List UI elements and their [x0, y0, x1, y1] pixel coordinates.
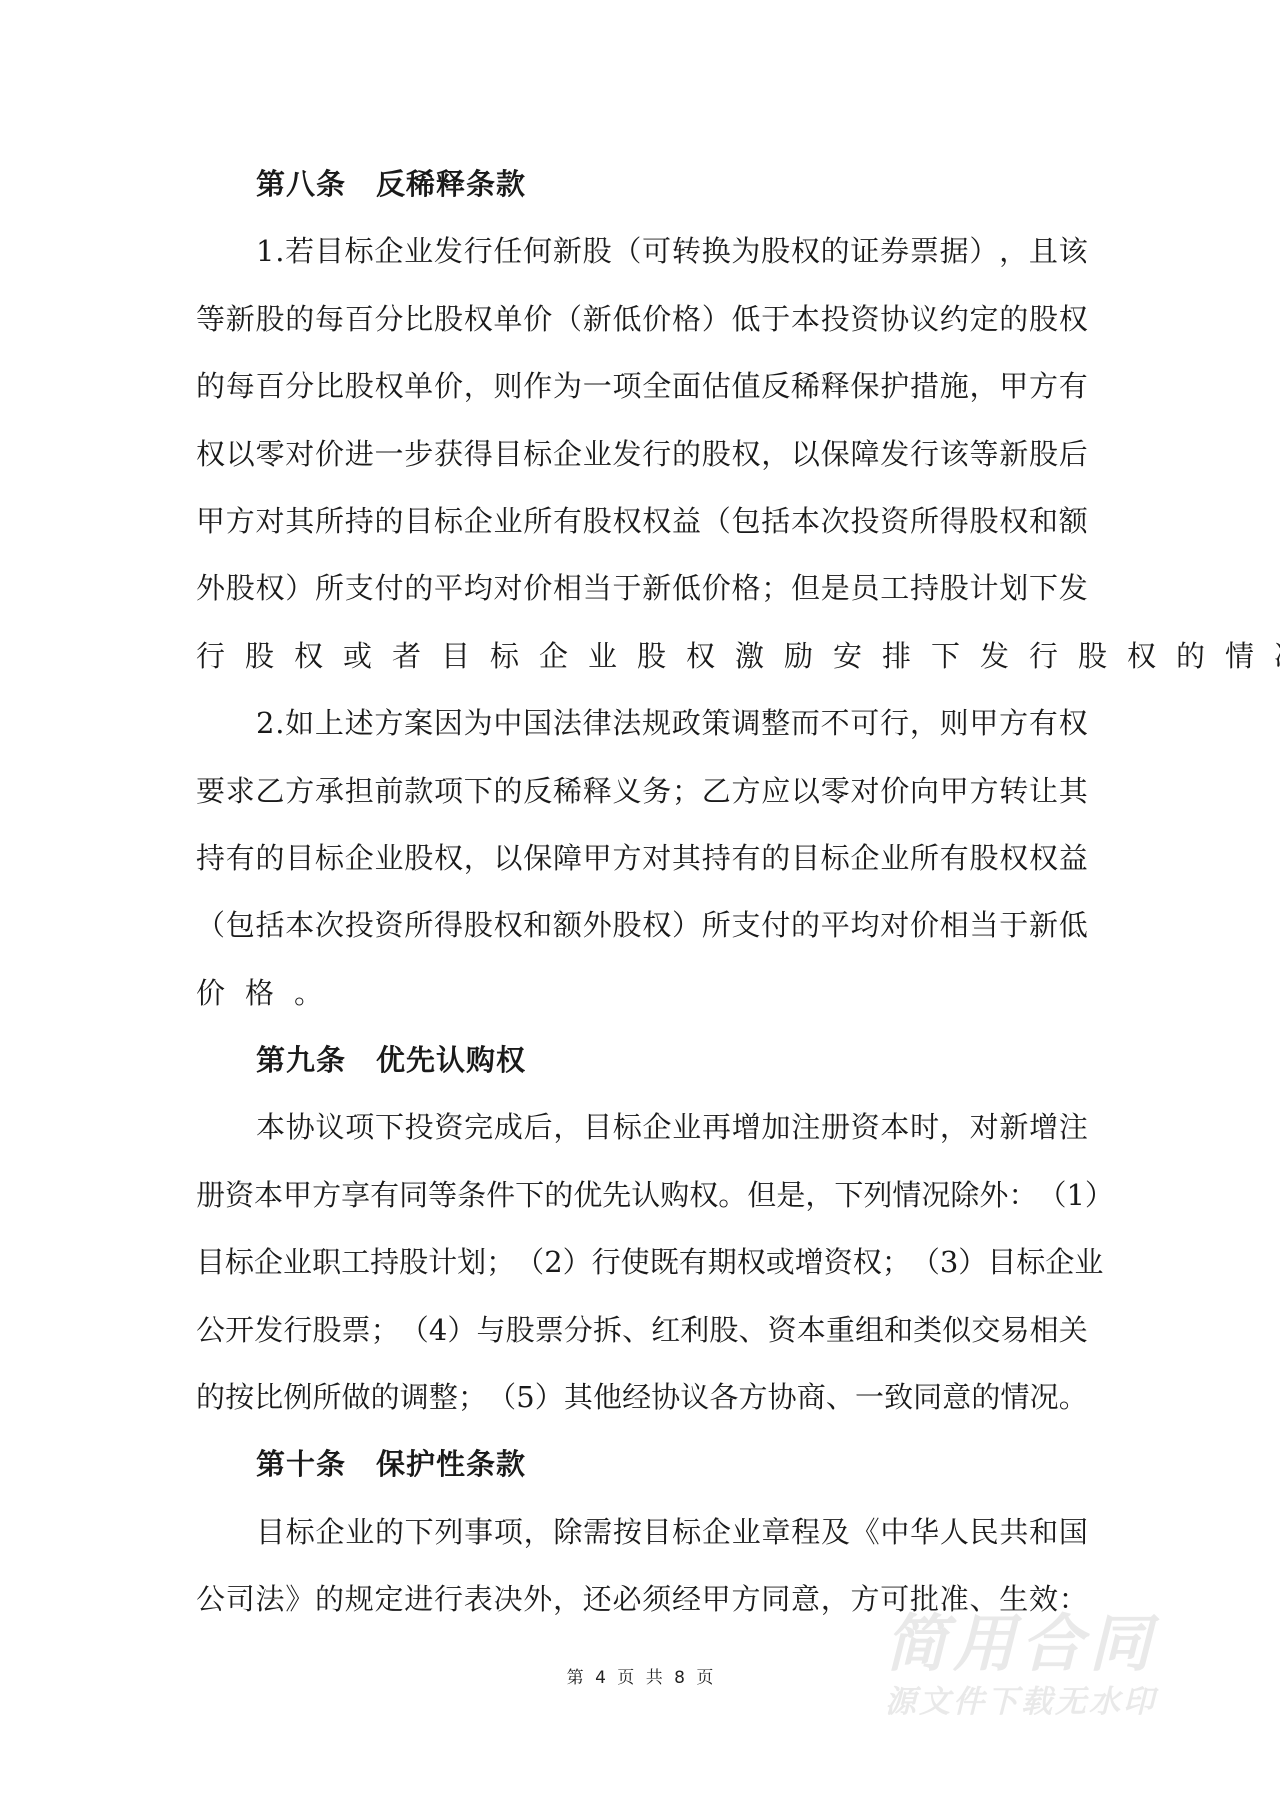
- paragraph-line: 等新股的每百分比股权单价（新低价格）低于本投资协议约定的股权: [196, 286, 1088, 353]
- page-number-footer: 第 4 页 共 8 页: [0, 1663, 1280, 1688]
- document-page: 第八条反稀释条款 1.若目标企业发行任何新股（可转换为股权的证券票据），且该 等…: [196, 151, 1088, 1634]
- paragraph-line: 册资本甲方享有同等条件下的优先认购权。但是，下列情况除外：（1）: [196, 1162, 1088, 1229]
- paragraph-line: 行股权或者目标企业股权激励安排下发行股权的情况除外。: [196, 623, 1088, 690]
- heading-title: 保护性条款: [376, 1447, 526, 1481]
- section-heading-9: 第九条优先认购权: [196, 1027, 1088, 1094]
- heading-number: 第八条: [256, 167, 346, 201]
- paragraph-line: （包括本次投资所得股权和额外股权）所支付的平均对价相当于新低: [196, 892, 1088, 959]
- paragraph-line: 的每百分比股权单价，则作为一项全面估值反稀释保护措施，甲方有: [196, 353, 1088, 420]
- paragraph-line: 目标企业职工持股计划；（2）行使既有期权或增资权；（3）目标企业: [196, 1229, 1088, 1296]
- paragraph-line: 价格。: [196, 960, 1088, 1027]
- paragraph-line: 1.若目标企业发行任何新股（可转换为股权的证券票据），且该: [196, 218, 1088, 285]
- paragraph-line: 公开发行股票；（4）与股票分拆、红利股、资本重组和类似交易相关: [196, 1297, 1088, 1364]
- paragraph-line: 甲方对其所持的目标企业所有股权权益（包括本次投资所得股权和额: [196, 488, 1088, 555]
- paragraph-line: 权以零对价进一步获得目标企业发行的股权，以保障发行该等新股后: [196, 421, 1088, 488]
- heading-number: 第十条: [256, 1447, 346, 1481]
- heading-title: 反稀释条款: [376, 167, 526, 201]
- paragraph-line: 的按比例所做的调整；（5）其他经协议各方协商、一致同意的情况。: [196, 1364, 1088, 1431]
- section-heading-8: 第八条反稀释条款: [196, 151, 1088, 218]
- section-heading-10: 第十条保护性条款: [196, 1431, 1088, 1498]
- paragraph-line: 公司法》的规定进行表决外，还必须经甲方同意，方可批准、生效：: [196, 1566, 1088, 1633]
- paragraph-line: 持有的目标企业股权，以保障甲方对其持有的目标企业所有股权权益: [196, 825, 1088, 892]
- paragraph-line: 外股权）所支付的平均对价相当于新低价格；但是员工持股计划下发: [196, 555, 1088, 622]
- paragraph-line: 目标企业的下列事项，除需按目标企业章程及《中华人民共和国: [196, 1499, 1088, 1566]
- heading-number: 第九条: [256, 1043, 346, 1077]
- heading-title: 优先认购权: [376, 1043, 526, 1077]
- paragraph-line: 要求乙方承担前款项下的反稀释义务；乙方应以零对价向甲方转让其: [196, 758, 1088, 825]
- paragraph-line: 2.如上述方案因为中国法律法规政策调整而不可行，则甲方有权: [196, 690, 1088, 757]
- paragraph-line: 本协议项下投资完成后，目标企业再增加注册资本时，对新增注: [196, 1094, 1088, 1161]
